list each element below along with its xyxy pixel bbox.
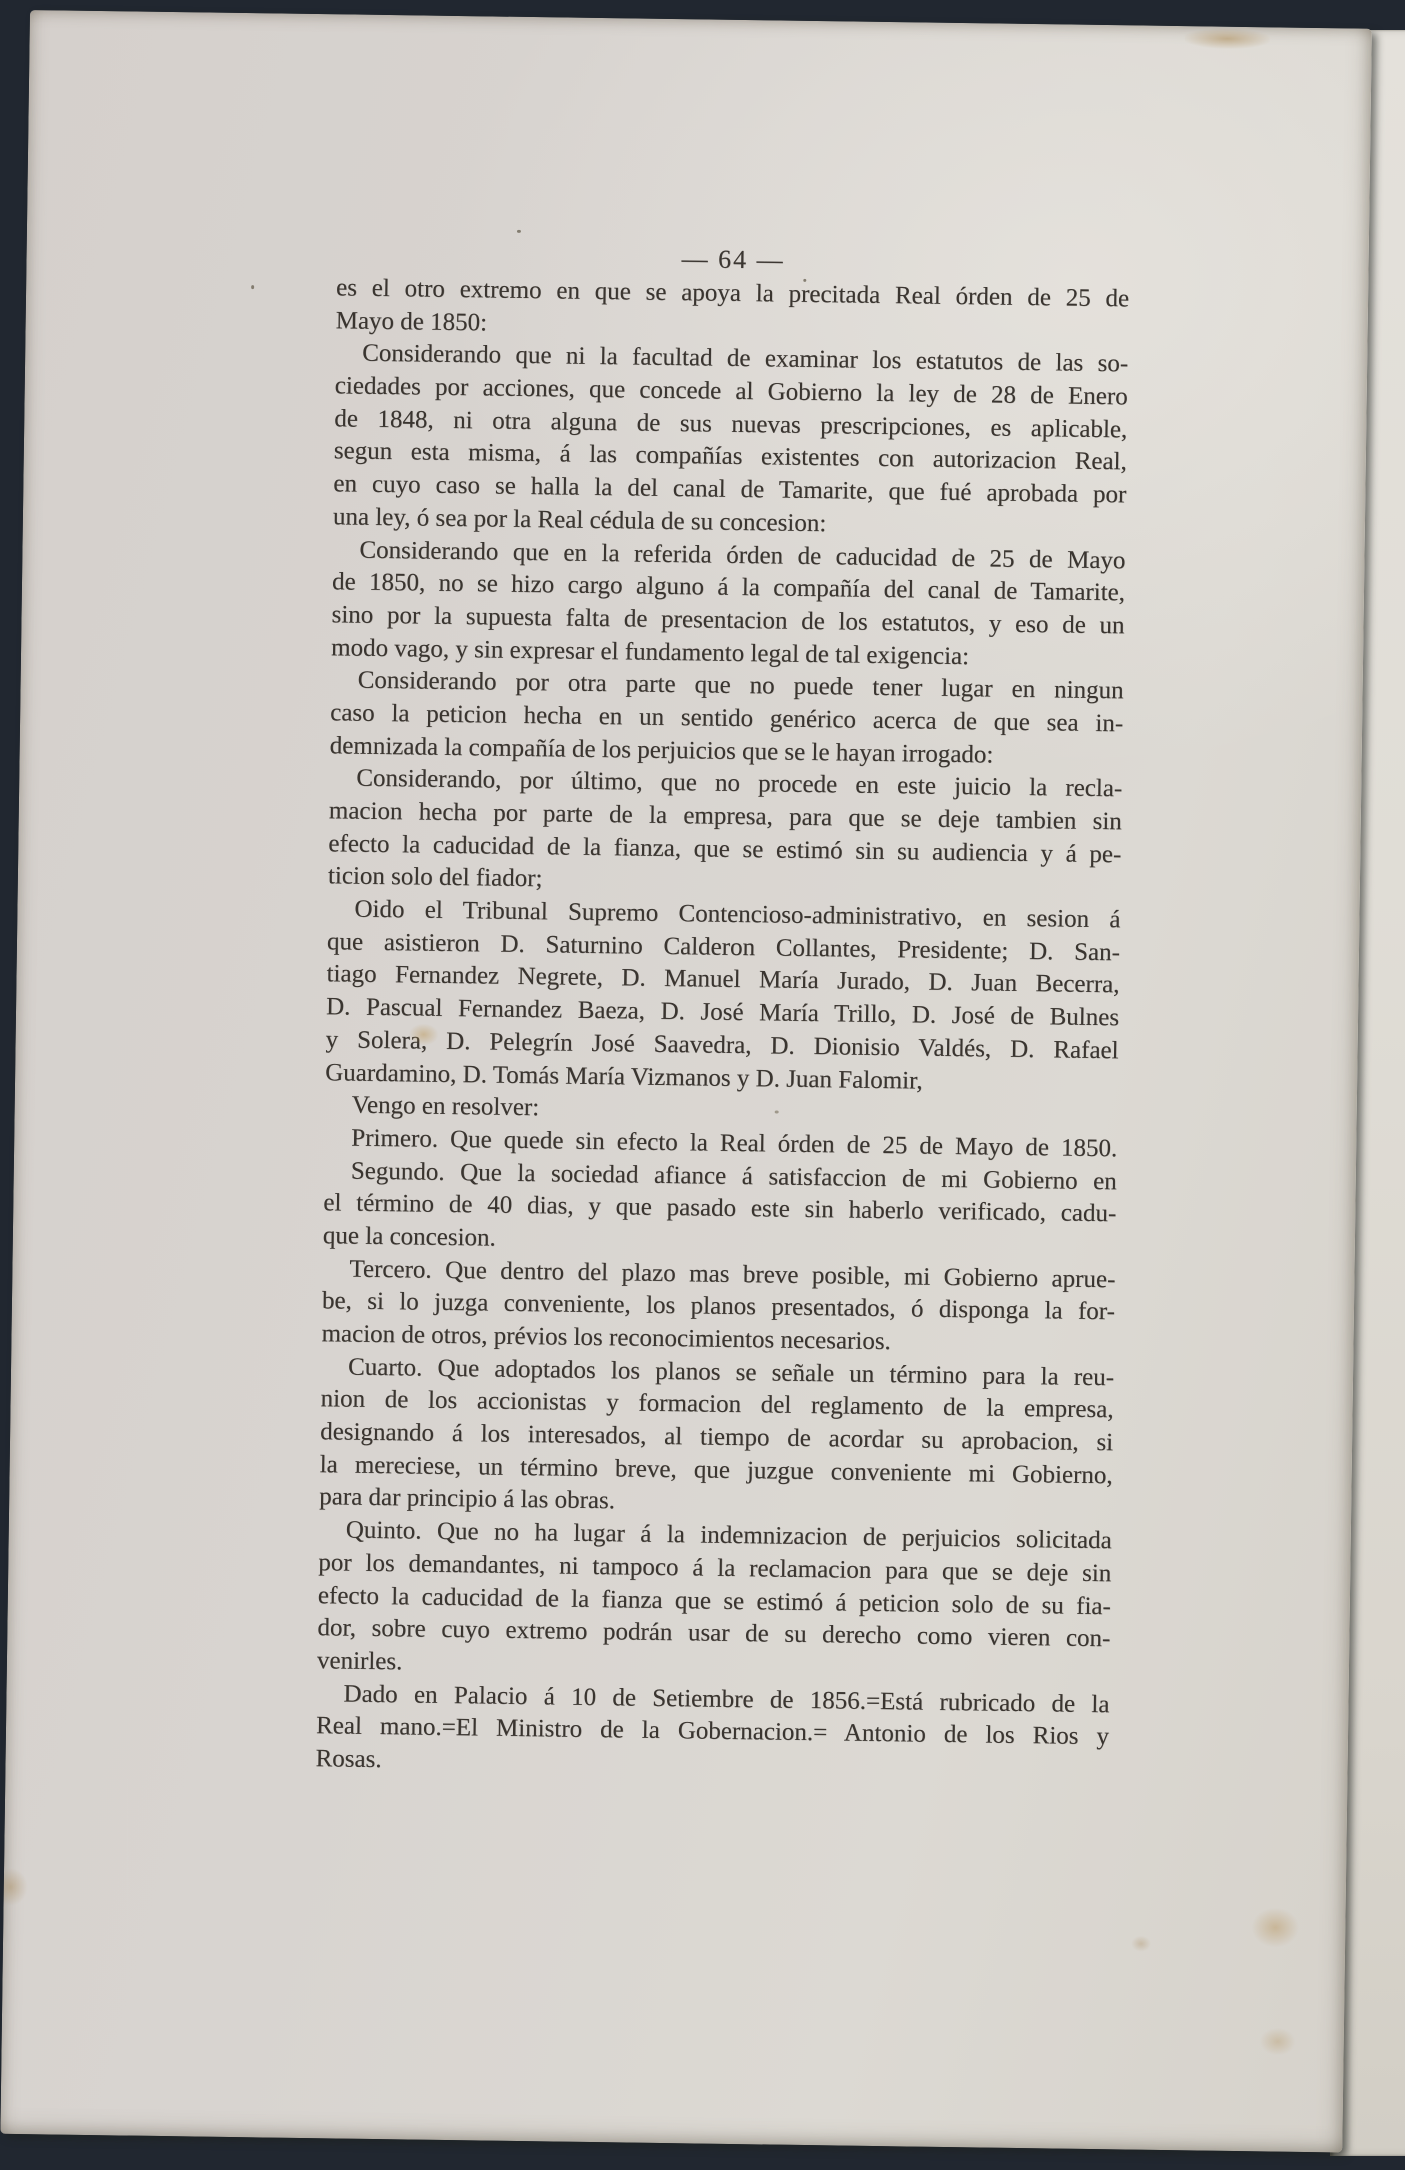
text-block: es el otro extremo en que se apoya la pr… <box>315 272 1129 1787</box>
scan-background: { "scan": { "description": "Scanned book… <box>0 0 1405 2170</box>
foxing-stain <box>1260 2027 1296 2055</box>
foxing-stain <box>1131 1936 1151 1952</box>
paper-speck <box>517 230 521 233</box>
foxing-stain <box>1185 28 1270 49</box>
foxing-stain <box>1251 1907 1300 1948</box>
paper-speck <box>251 285 254 289</box>
book-page: — 64 — es el otro extremo en que se apoy… <box>0 10 1372 2153</box>
foxing-stain <box>0 1868 28 1906</box>
